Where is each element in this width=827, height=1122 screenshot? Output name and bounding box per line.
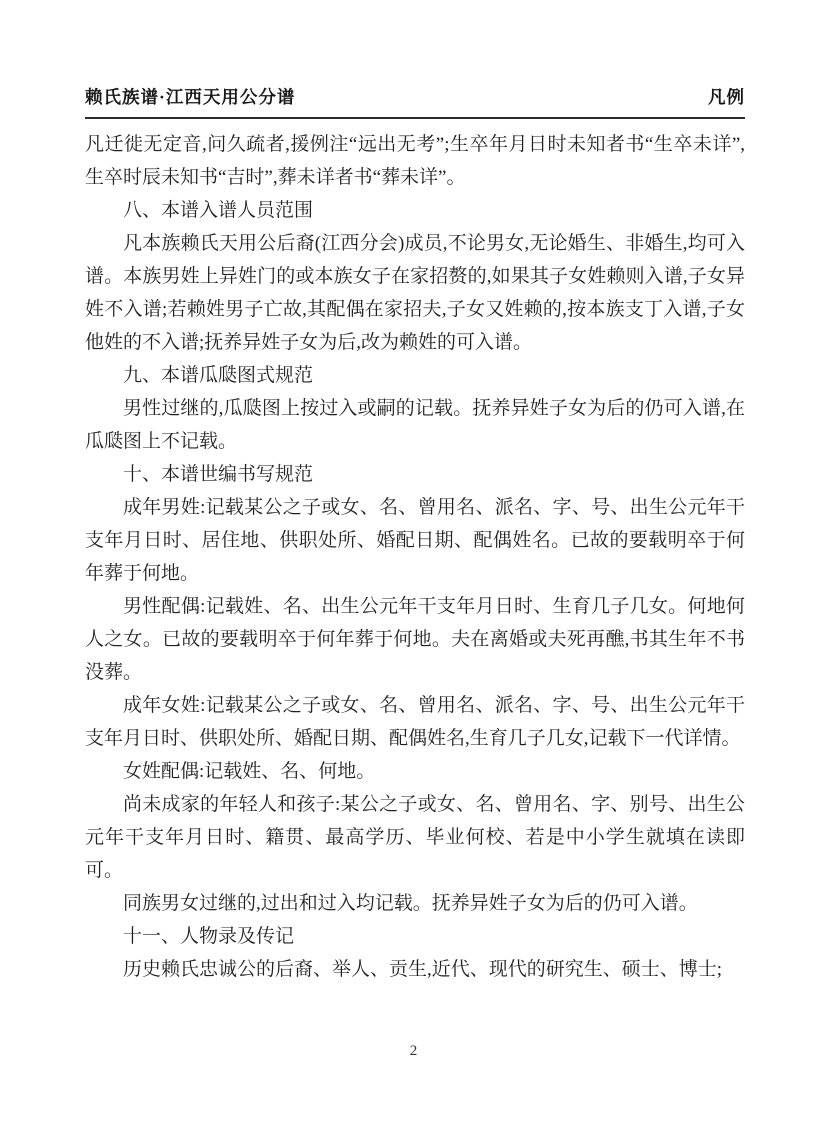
page-footer: 2 xyxy=(0,1043,827,1060)
paragraph: 同族男女过继的,过出和过入均记载。抚养异姓子女为后的仍可入谱。 xyxy=(85,887,745,920)
document-page: 赖氏族谱·江西天用公分谱 凡例 凡迁徙无定音,问久疏者,援例注“远出无考”;生卒… xyxy=(0,0,827,1122)
paragraph: 男性配偶:记载姓、名、出生公元年干支年月日时、生育几子几女。何地何人之女。已故的… xyxy=(85,590,745,689)
paragraph-continuation: 凡迁徙无定音,问久疏者,援例注“远出无考”;生卒年月日时未知者书“生卒未详”,生… xyxy=(85,128,745,194)
section-heading: 九、本谱瓜瓞图式规范 xyxy=(85,359,745,392)
document-body: 凡迁徙无定音,问久疏者,援例注“远出无考”;生卒年月日时未知者书“生卒未详”,生… xyxy=(85,128,745,986)
paragraph: 女姓配偶:记载姓、名、何地。 xyxy=(85,755,745,788)
paragraph: 历史赖氏忠诚公的后裔、举人、贡生,近代、现代的研究生、硕士、博士; xyxy=(85,953,745,986)
section-heading: 十、本谱世编书写规范 xyxy=(85,458,745,491)
page-header: 赖氏族谱·江西天用公分谱 凡例 xyxy=(85,84,745,119)
book-title: 赖氏族谱·江西天用公分谱 xyxy=(85,84,295,109)
page-number: 2 xyxy=(410,1043,418,1059)
section-heading: 十一、人物录及传记 xyxy=(85,920,745,953)
paragraph: 尚未成家的年轻人和孩子:某公之子或女、名、曾用名、字、别号、出生公元年干支年月日… xyxy=(85,788,745,887)
paragraph: 成年男姓:记载某公之子或女、名、曾用名、派名、字、号、出生公元年干支年月日时、居… xyxy=(85,491,745,590)
paragraph: 男性过继的,瓜瓞图上按过入或嗣的记载。抚养异姓子女为后的仍可入谱,在瓜瓞图上不记… xyxy=(85,392,745,458)
section-label: 凡例 xyxy=(708,84,745,109)
paragraph: 凡本族赖氏天用公后裔(江西分会)成员,不论男女,无论婚生、非婚生,均可入谱。本族… xyxy=(85,227,745,359)
section-heading: 八、本谱入谱人员范围 xyxy=(85,194,745,227)
paragraph: 成年女姓:记载某公之子或女、名、曾用名、派名、字、号、出生公元年干支年月日时、供… xyxy=(85,689,745,755)
